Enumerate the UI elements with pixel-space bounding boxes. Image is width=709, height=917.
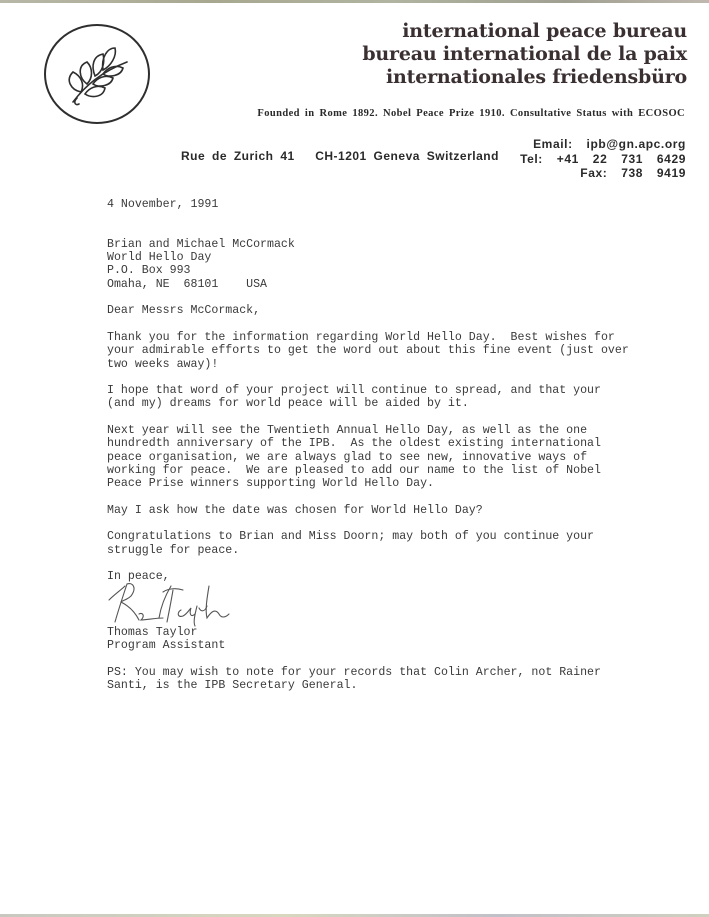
recipient-line: Omaha, NE 68101 USA <box>107 278 667 291</box>
recipient-line: P.O. Box 993 <box>107 264 667 277</box>
paragraph-hope: I hope that word of your project will co… <box>107 384 667 411</box>
paragraph-question: May I ask how the date was chosen for Wo… <box>107 504 667 517</box>
paragraph-congratulations: Congratulations to Brian and Miss Doorn;… <box>107 530 667 557</box>
tel-line: Tel: +41 22 731 6429 <box>520 152 686 167</box>
body-line: two weeks away)! <box>107 358 667 371</box>
organization-names: international peace bureau bureau intern… <box>362 20 687 89</box>
body-line: Next year will see the Twentieth Annual … <box>107 424 667 437</box>
org-name-french: bureau international de la paix <box>362 43 687 66</box>
postscript-line: Santi, is the IPB Secretary General. <box>107 679 667 692</box>
body-line: Thank you for the information regarding … <box>107 331 667 344</box>
email-line: Email: ipb@gn.apc.org <box>520 137 686 152</box>
body-line: Congratulations to Brian and Miss Doorn;… <box>107 530 667 543</box>
body-line: struggle for peace. <box>107 544 667 557</box>
street-address: Rue de Zurich 41 CH-1201 Geneva Switzerl… <box>181 149 499 163</box>
scan-edge-top <box>0 0 709 3</box>
body-line: working for peace. We are pleased to add… <box>107 464 667 477</box>
body-line: Peace Prise winners supporting World Hel… <box>107 477 667 490</box>
olive-branch-icon <box>41 22 153 126</box>
body-line: May I ask how the date was chosen for Wo… <box>107 504 667 517</box>
body-line: I hope that word of your project will co… <box>107 384 667 397</box>
contact-block: Email: ipb@gn.apc.org Tel: +41 22 731 64… <box>520 137 686 181</box>
letter-date: 4 November, 1991 <box>107 198 667 211</box>
org-name-english: international peace bureau <box>362 20 687 43</box>
handwritten-signature <box>107 584 667 626</box>
postscript-line: PS: You may wish to note for your record… <box>107 666 667 679</box>
fax-line: Fax: 738 9419 <box>520 166 686 181</box>
recipient-line: Brian and Michael McCormack <box>107 238 667 251</box>
body-line: peace organisation, we are always glad t… <box>107 451 667 464</box>
founded-line: Founded in Rome 1892. Nobel Peace Prize … <box>257 108 685 119</box>
body-line: hundredth anniversary of the IPB. As the… <box>107 437 667 450</box>
postscript: PS: You may wish to note for your record… <box>107 666 667 693</box>
signer-title: Program Assistant <box>107 639 667 652</box>
recipient-line: World Hello Day <box>107 251 667 264</box>
salutation: Dear Messrs McCormack, <box>107 304 667 317</box>
body-line: (and my) dreams for world peace will be … <box>107 397 667 410</box>
paragraph-thanks: Thank you for the information regarding … <box>107 331 667 371</box>
body-line: your admirable efforts to get the word o… <box>107 344 667 357</box>
paragraph-anniversary: Next year will see the Twentieth Annual … <box>107 424 667 490</box>
letter-body: 4 November, 1991 Brian and Michael McCor… <box>107 198 667 692</box>
org-name-german: internationales friedensbüro <box>362 66 687 89</box>
